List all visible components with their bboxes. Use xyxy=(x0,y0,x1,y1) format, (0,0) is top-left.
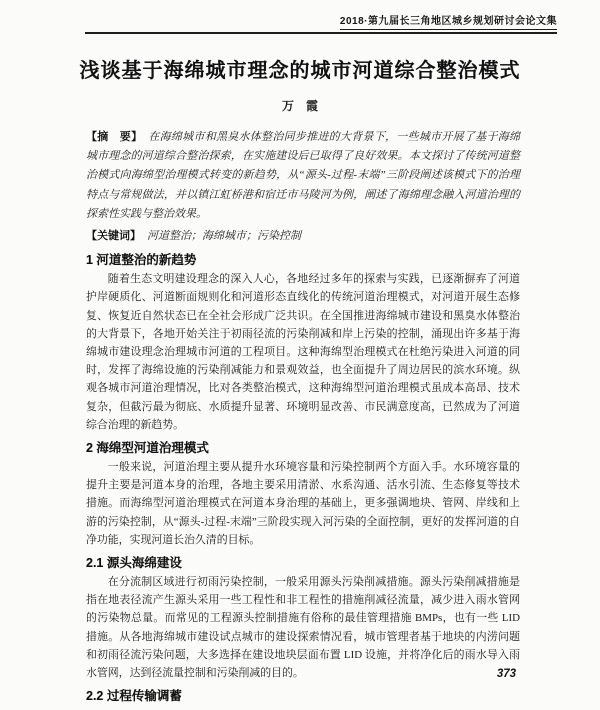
running-head-text: 2018·第九届长三角地区城乡规划研讨会论文集 xyxy=(340,12,557,30)
section-2-heading: 2 海绵型河道治理模式 xyxy=(86,439,520,458)
paper-page: 2018·第九届长三角地区城乡规划研讨会论文集 浅谈基于海绵城市理念的城市河道综… xyxy=(0,0,600,710)
abstract-label: 【摘 要】 xyxy=(86,131,142,143)
section-1-paragraph: 随着生态文明建设理念的深入人心，各地经过多年的探索与实践，已逐渐摒弃了河道护岸硬… xyxy=(86,270,520,434)
keywords-block: 【关键词】河道整治；海绵城市；污染控制 xyxy=(86,227,520,246)
section-1: 1 河道整治的新趋势 随着生态文明建设理念的深入人心，各地经过多年的探索与实践，… xyxy=(86,251,520,434)
section-2-1-paragraph: 在分流制区域进行初雨污染控制，一般采用源头污染削减措施。源头污染削减措施是指在地… xyxy=(86,573,520,682)
header-rule xyxy=(85,32,557,34)
abstract-text: 在海绵城市和黑臭水体整治同步推进的大背景下，一些城市开展了基于海绵城市理念的河道… xyxy=(86,131,520,220)
running-head: 2018·第九届长三角地区城乡规划研讨会论文集 xyxy=(85,11,557,30)
section-2-paragraph: 一般来说，河道治理主要从提升水环境容量和污染控制两个方面入手。水环境容量的提升主… xyxy=(86,458,520,549)
paper-title: 浅谈基于海绵城市理念的城市河道综合整治模式 xyxy=(30,54,570,83)
section-2-1-heading: 2.1 源头海绵建设 xyxy=(86,554,520,573)
section-1-heading: 1 河道整治的新趋势 xyxy=(86,251,520,270)
content-column: 【摘 要】在海绵城市和黑臭水体整治同步推进的大背景下，一些城市开展了基于海绵城市… xyxy=(86,128,520,706)
page-number: 373 xyxy=(497,668,516,680)
section-2-1: 2.1 源头海绵建设 在分流制区域进行初雨污染控制，一般采用源头污染削减措施。源… xyxy=(86,554,520,682)
section-2: 2 海绵型河道治理模式 一般来说，河道治理主要从提升水环境容量和污染控制两个方面… xyxy=(86,439,520,549)
keywords-text: 河道整治；海绵城市；污染控制 xyxy=(147,230,301,242)
section-2-2: 2.2 过程传输调蓄 xyxy=(86,687,520,706)
keywords-label: 【关键词】 xyxy=(86,230,141,242)
paper-author: 万 霞 xyxy=(0,97,600,114)
abstract-block: 【摘 要】在海绵城市和黑臭水体整治同步推进的大背景下，一些城市开展了基于海绵城市… xyxy=(86,128,520,224)
section-2-2-heading: 2.2 过程传输调蓄 xyxy=(86,687,520,706)
